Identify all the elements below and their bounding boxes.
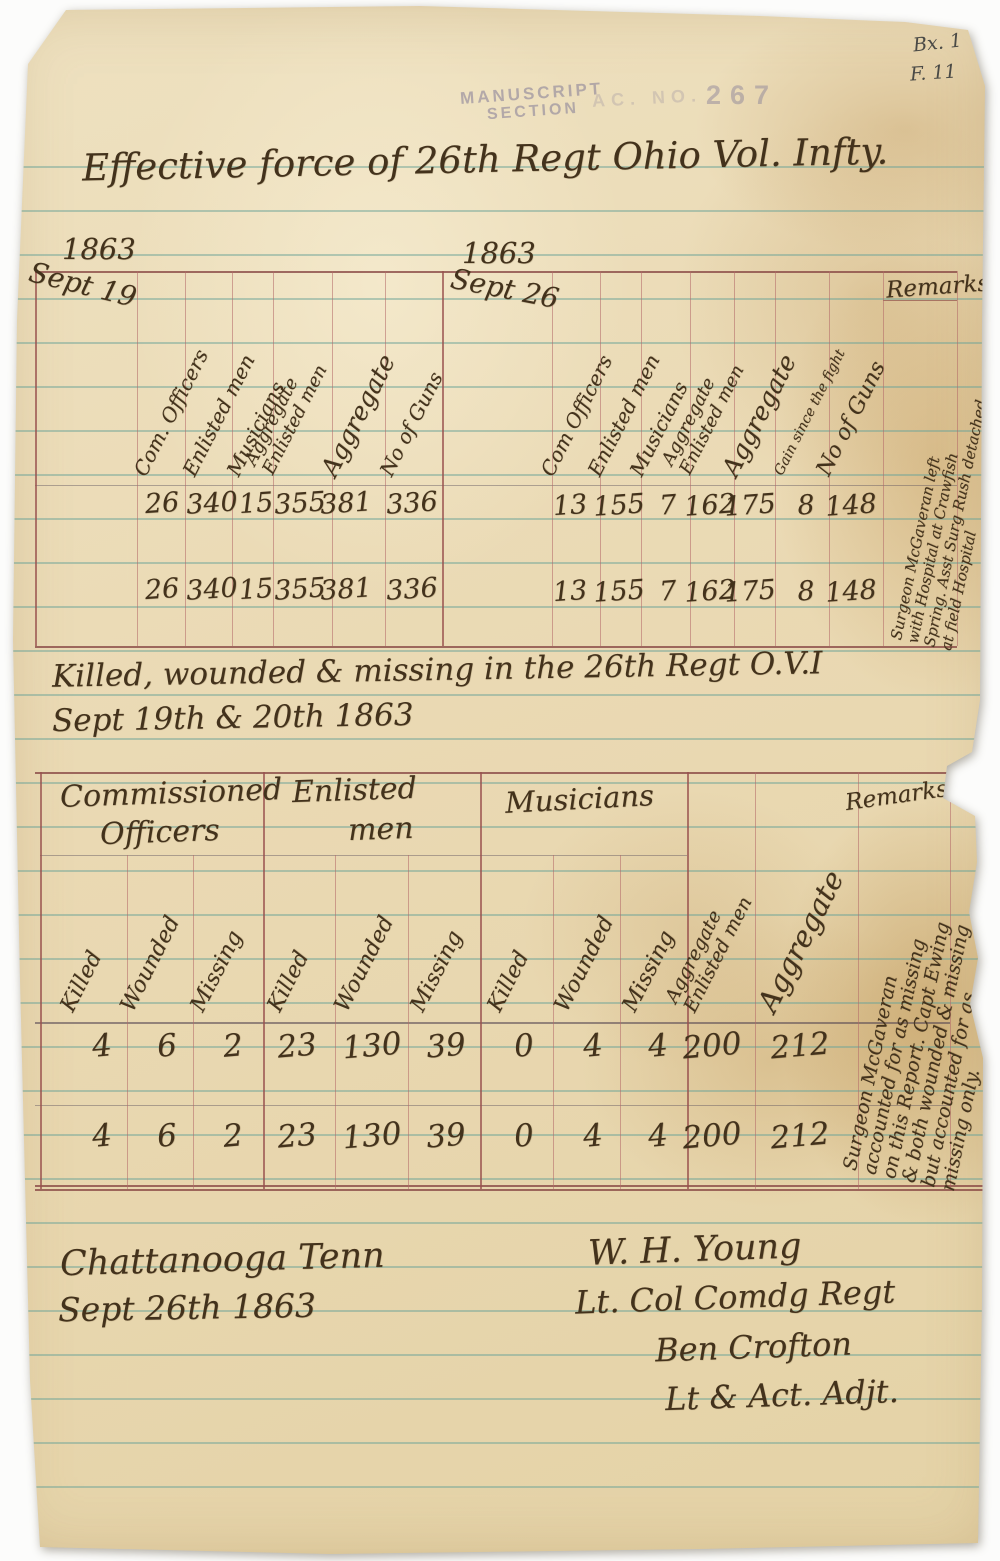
group-header: Enlisted [291, 771, 417, 810]
signature-commander: W. H. Young [587, 1226, 802, 1273]
footer-place: Chattanooga Tenn [60, 1236, 386, 1284]
footer-date: Sept 26th 1863 [58, 1286, 317, 1329]
signature-adjutant: Ben Crofton [654, 1325, 852, 1370]
archive-folder-label: F. 11 [909, 60, 957, 85]
ledger-paper: Bx. 1 F. 11 MANUSCRIPT SECTION AC. NO. 2… [0, 0, 1000, 1561]
archive-box-label: Bx. 1 [912, 30, 963, 57]
table-cell: 336 [371, 485, 453, 522]
paper-shadow: Bx. 1 F. 11 MANUSCRIPT SECTION AC. NO. 2… [0, 0, 1000, 1561]
accession-stamp-number: 267 [706, 80, 778, 111]
group-header: Officers [99, 813, 220, 852]
scanned-manuscript-page: Bx. 1 F. 11 MANUSCRIPT SECTION AC. NO. 2… [0, 0, 1000, 1561]
report1-left-year: 1863 [62, 232, 136, 266]
table-cell: 148 [810, 573, 892, 610]
table-cell: 336 [371, 571, 453, 608]
casualty-caption-line2: Sept 19th & 20th 1863 [52, 697, 414, 739]
table-cell: 148 [810, 487, 892, 524]
group-header: men [347, 811, 414, 848]
signature-adjutant-title: Lt & Act. Adjt. [664, 1372, 899, 1418]
accession-stamp-label: AC. NO. [592, 85, 703, 112]
